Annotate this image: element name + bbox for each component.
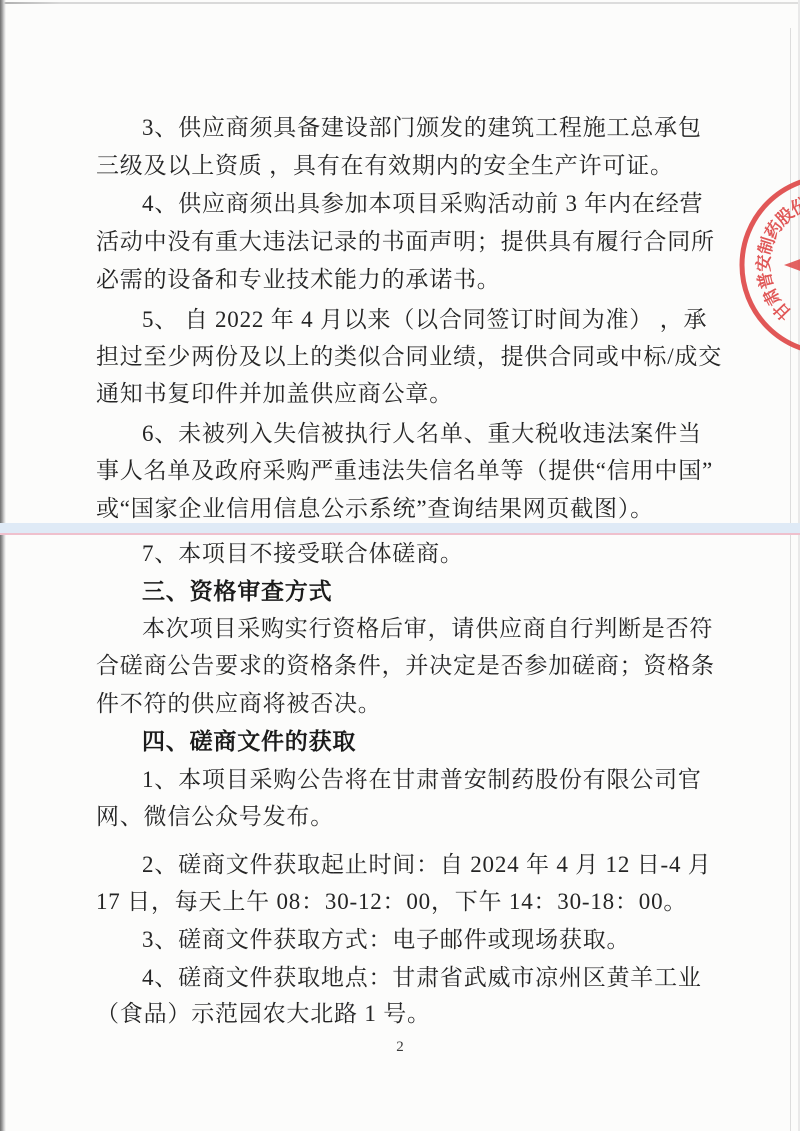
text-line: 或“国家企业信用信息公示系统”查询结果网页截图）。 [96, 494, 712, 526]
text-line: 本次项目采购实行资格后审，请供应商自行判断是否符 [96, 614, 758, 646]
text-line: 网、微信公众号发布。 [96, 802, 712, 834]
text-line: （食品）示范园农大北路 1 号。 [96, 999, 712, 1031]
text-line: 2、磋商文件获取起止时间：自 2024 年 4 月 12 日-4 月 [96, 850, 758, 882]
text-line: 4、供应商须出具参加本项目采购活动前 3 年内在经营 [96, 189, 758, 221]
text-line: 三级及以上资质 ，具有在有效期内的安全生产许可证。 [96, 151, 712, 183]
text-line: 5、 自 2022 年 4 月以来（以合同签订时间为准） ，承 [96, 305, 758, 337]
text-line: 件不符的供应商将被否决。 [96, 689, 712, 721]
text-line: 17 日，每天上午 08：30-12：00，下午 14：30-18：00。 [96, 887, 712, 919]
document-text-block: 3、供应商须具备建设部门颁发的建筑工程施工总承包三级及以上资质 ，具有在有效期内… [0, 0, 800, 1131]
text-line: 1、本项目采购公告将在甘肃普安制药股份有限公司官 [96, 765, 758, 797]
text-line: 7、本项目不接受联合体磋商。 [96, 539, 758, 571]
text-line: 活动中没有重大违法记录的书面声明；提供具有履行合同所 [96, 227, 712, 259]
text-line: 通知书复印件并加盖供应商公章。 [96, 379, 712, 411]
text-line: 合磋商公告要求的资格条件，并决定是否参加磋商；资格条 [96, 651, 712, 683]
text-line: 3、供应商须具备建设部门颁发的建筑工程施工总承包 [96, 113, 758, 145]
text-line: 担过至少两份及以上的类似合同业绩，提供合同或中标/成交 [96, 342, 712, 374]
section-heading: 四、磋商文件的获取 [96, 727, 758, 759]
section-heading: 三、资格审查方式 [96, 577, 758, 609]
text-line: 事人名单及政府采购严重违法失信名单等（提供“信用中国” [96, 456, 712, 488]
text-line: 必需的设备和专业技术能力的承诺书。 [96, 265, 712, 297]
document-page: 3、供应商须具备建设部门颁发的建筑工程施工总承包三级及以上资质 ，具有在有效期内… [0, 0, 800, 1131]
text-line: 4、磋商文件获取地点：甘肃省武威市凉州区黄羊工业 [96, 963, 758, 995]
page-number: 2 [0, 1039, 800, 1056]
text-line: 3、磋商文件获取方式：电子邮件或现场获取。 [96, 925, 758, 957]
text-line: 6、未被列入失信被执行人名单、重大税收违法案件当 [96, 419, 758, 451]
